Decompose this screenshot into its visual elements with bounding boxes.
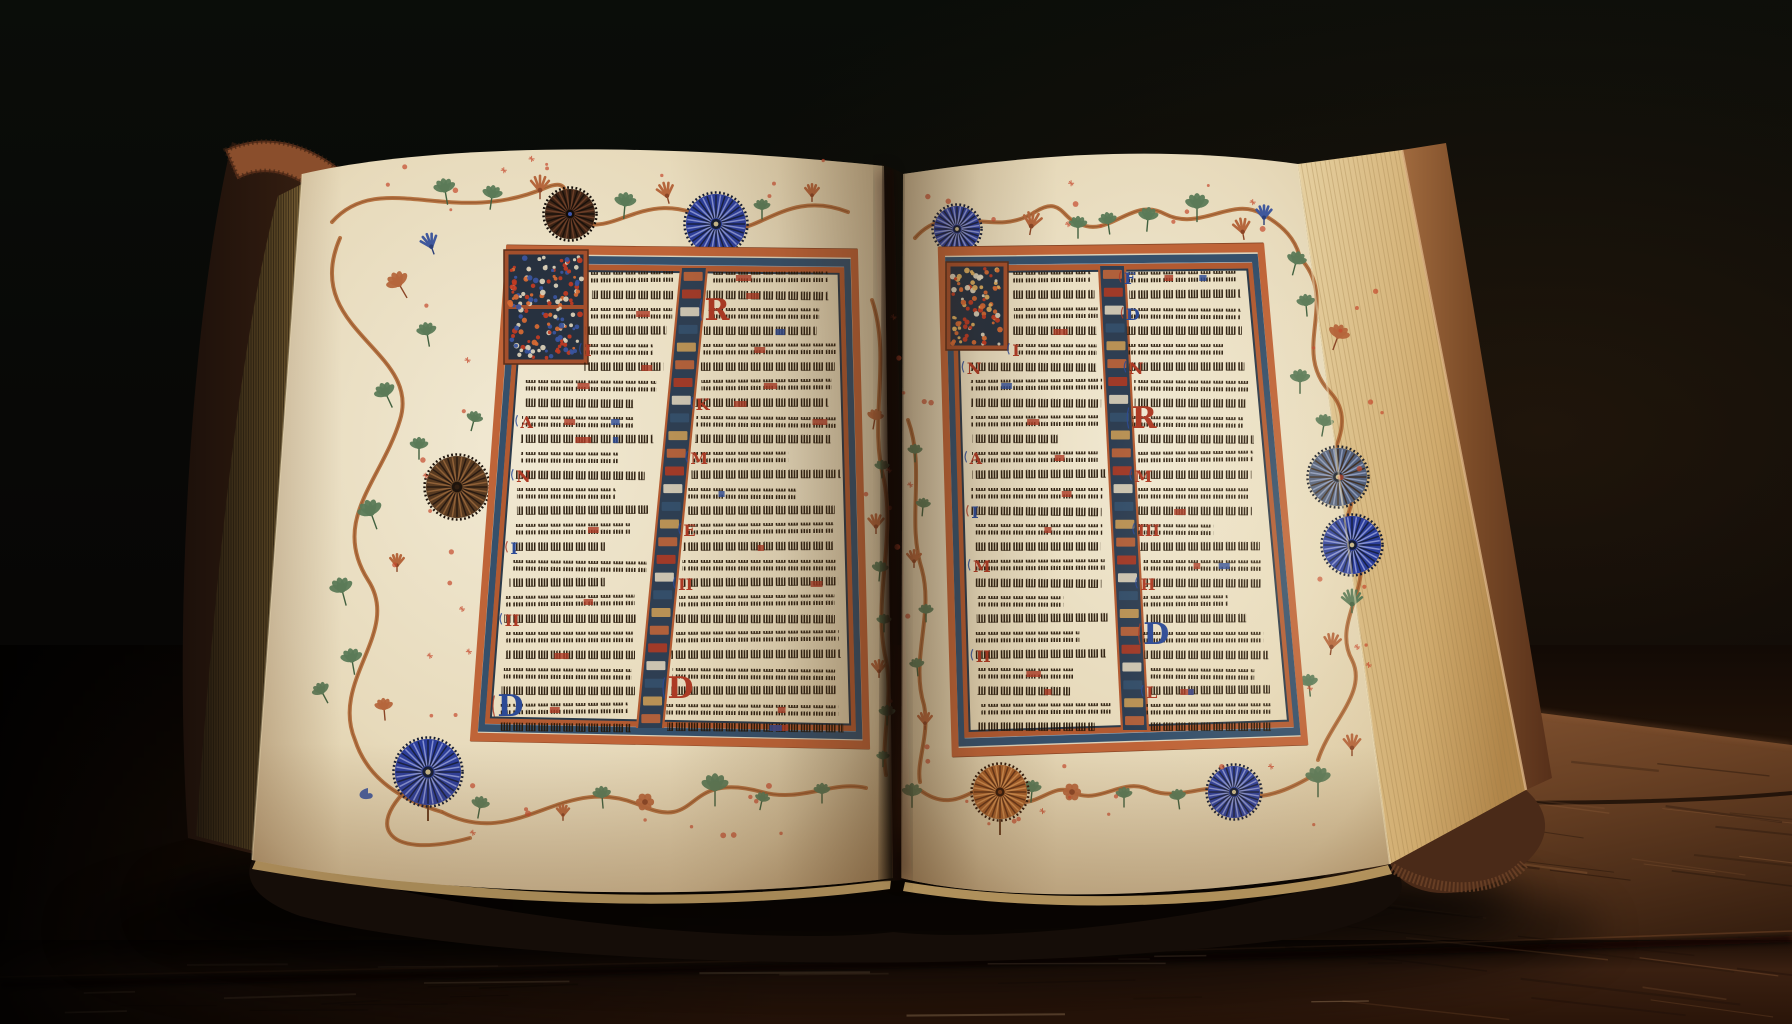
- left-page: IANIIIDRKMEIID: [252, 149, 900, 892]
- manuscript-scene: IANIIIDRKMEIIDINAIMIIFDNRMIIIHDL: [0, 0, 1792, 1024]
- page-shading: [252, 149, 893, 892]
- open-book: IANIIIDRKMEIIDINAIMIIFDNRMIIIHDL: [183, 142, 1552, 963]
- photo-stage: IANIIIDRKMEIIDINAIMIIFDNRMIIIHDL: [0, 0, 1792, 1024]
